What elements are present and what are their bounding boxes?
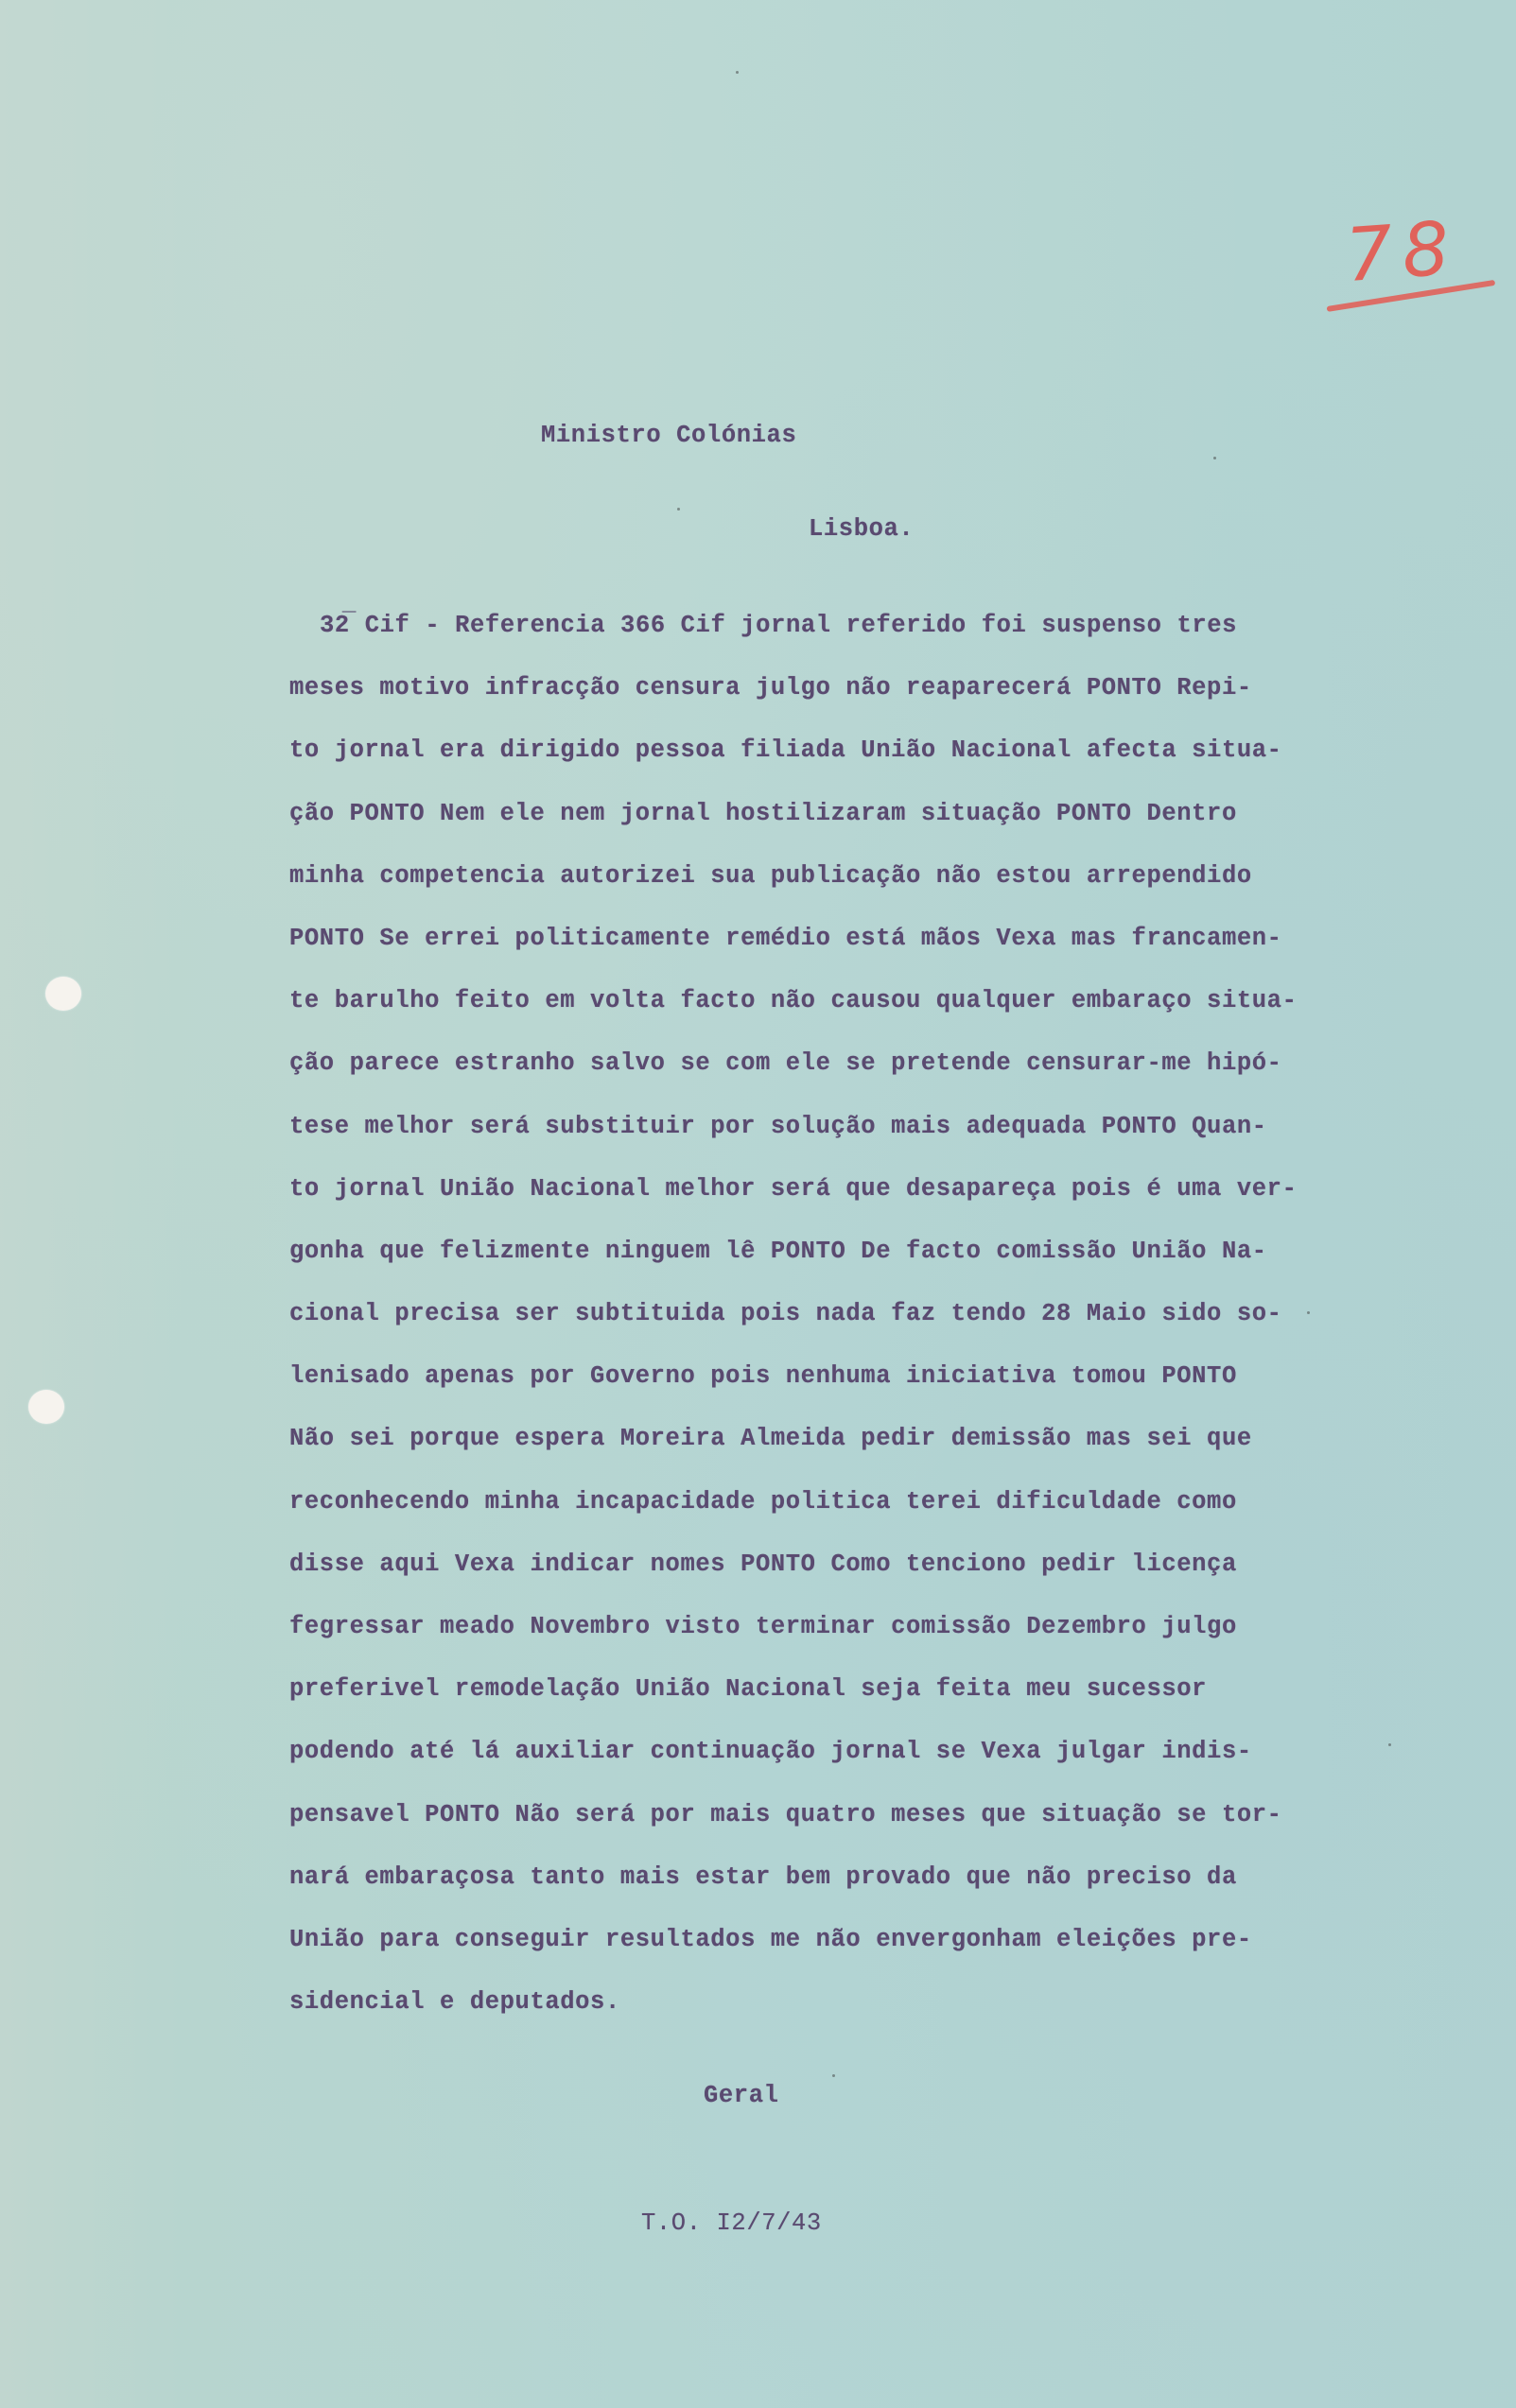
body-line: meses motivo infracção censura julgo não… xyxy=(289,672,1297,735)
addressee: Ministro Colónias xyxy=(541,422,796,449)
signature: Geral xyxy=(704,2082,779,2109)
body-line: ção parece estranho salvo se com ele se … xyxy=(289,1048,1297,1110)
paper-speck xyxy=(736,71,739,74)
body-line: podendo até lá auxiliar continuação jorn… xyxy=(289,1736,1297,1798)
body-line: to jornal era dirigido pessoa filiada Un… xyxy=(289,735,1297,797)
body-line: tese melhor será substituir por solução … xyxy=(289,1111,1297,1173)
telegram-body: 32̅ Cif - Referencia 366 Cif jornal refe… xyxy=(289,610,1297,2049)
body-line: PONTO Se errei politicamente remédio est… xyxy=(289,923,1297,985)
body-line: to jornal União Nacional melhor será que… xyxy=(289,1173,1297,1236)
body-line: te barulho feito em volta facto não caus… xyxy=(289,985,1297,1048)
body-line: cional precisa ser subtituida pois nada … xyxy=(289,1298,1297,1360)
transmission-note: T.O. I2/7/43 xyxy=(641,2209,822,2237)
body-line: minha competencia autorizei sua publicaç… xyxy=(289,860,1297,923)
body-line: pensavel PONTO Não será por mais quatro … xyxy=(289,1799,1297,1862)
body-line: fegressar meado Novembro visto terminar … xyxy=(289,1611,1297,1673)
punch-hole-lower xyxy=(28,1390,64,1424)
punch-hole-upper xyxy=(45,977,81,1011)
body-line: preferivel remodelação União Nacional se… xyxy=(289,1673,1297,1736)
body-line: lenisado apenas por Governo pois nenhuma… xyxy=(289,1360,1297,1423)
body-line: Não sei porque espera Moreira Almeida pe… xyxy=(289,1423,1297,1485)
paper-speck xyxy=(1307,1311,1310,1314)
body-line: reconhecendo minha incapacidade politica… xyxy=(289,1486,1297,1549)
folio-mark: 78 xyxy=(1319,216,1508,348)
body-line: 32̅ Cif - Referencia 366 Cif jornal refe… xyxy=(289,610,1297,672)
body-line: nará embaraçosa tanto mais estar bem pro… xyxy=(289,1862,1297,1924)
paper-speck xyxy=(1213,457,1216,459)
paper-speck xyxy=(832,2074,835,2077)
destination-city: Lisboa. xyxy=(809,515,914,543)
folio-number: 78 xyxy=(1343,212,1460,293)
telegram-sheet: 78 Ministro Colónias Lisboa. 32̅ Cif - R… xyxy=(0,0,1516,2408)
body-line: ção PONTO Nem ele nem jornal hostilizara… xyxy=(289,798,1297,860)
body-line: União para conseguir resultados me não e… xyxy=(289,1924,1297,1986)
paper-speck xyxy=(1388,1743,1391,1746)
body-line: disse aqui Vexa indicar nomes PONTO Como… xyxy=(289,1549,1297,1611)
paper-speck xyxy=(677,508,680,511)
body-line: sidencial e deputados. xyxy=(289,1986,1297,2049)
body-line: gonha que felizmente ninguem lê PONTO De… xyxy=(289,1236,1297,1298)
